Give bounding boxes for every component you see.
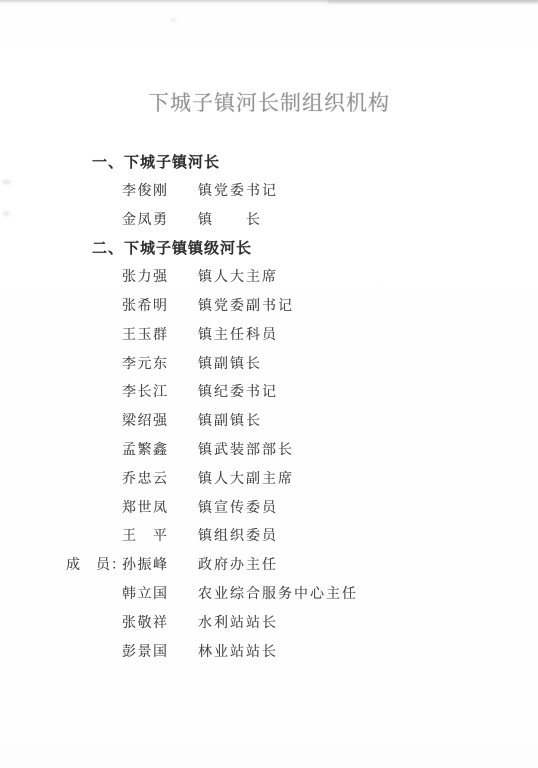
section-heading-2: 二、下城子镇镇级河长 bbox=[0, 235, 538, 264]
entry-row: 张力强镇人大主席 bbox=[0, 264, 538, 293]
entry-title: 镇人大副主席 bbox=[198, 466, 294, 495]
entry-name: 王玉群 bbox=[122, 322, 169, 351]
entry-name: 张敬祥 bbox=[122, 610, 169, 639]
entry-label: 成 员： bbox=[66, 552, 126, 581]
document-body: 一、下城子镇河长李俊刚镇党委书记金凤勇镇 长二、下城子镇镇级河长张力强镇人大主席… bbox=[0, 149, 538, 667]
entry-name: 李俊刚 bbox=[122, 178, 169, 207]
page-title: 下城子镇河长制组织机构 bbox=[0, 90, 538, 118]
scan-edge-artifact-right bbox=[328, 0, 538, 3]
entry-title: 水利站站长 bbox=[198, 610, 278, 639]
entry-row: 乔忠云镇人大副主席 bbox=[0, 466, 538, 495]
entry-title: 镇宣传委员 bbox=[198, 495, 278, 524]
entry-row: 李元东镇副镇长 bbox=[0, 351, 538, 380]
entry-title: 镇人大主席 bbox=[198, 264, 278, 293]
entry-name: 金凤勇 bbox=[122, 207, 169, 236]
section-heading-1: 一、下城子镇河长 bbox=[0, 149, 538, 178]
entry-title: 镇主任科员 bbox=[198, 322, 278, 351]
entry-title: 镇纪委书记 bbox=[198, 379, 278, 408]
entry-row: 李长江镇纪委书记 bbox=[0, 379, 538, 408]
entry-name: 张力强 bbox=[122, 264, 169, 293]
entry-name: 王 平 bbox=[122, 523, 169, 552]
entry-title: 镇党委副书记 bbox=[198, 293, 294, 322]
entry-row: 李俊刚镇党委书记 bbox=[0, 178, 538, 207]
entry-name: 韩立国 bbox=[122, 581, 169, 610]
entry-row: 王 平镇组织委员 bbox=[0, 523, 538, 552]
entry-row: 张希明镇党委副书记 bbox=[0, 293, 538, 322]
document-page: 下城子镇河长制组织机构 一、下城子镇河长李俊刚镇党委书记金凤勇镇 长二、下城子镇… bbox=[0, 0, 538, 768]
entry-title: 镇副镇长 bbox=[198, 408, 262, 437]
entry-row: 孟繁鑫镇武装部部长 bbox=[0, 437, 538, 466]
entry-title: 镇 长 bbox=[198, 207, 262, 236]
entry-name: 孙振峰 bbox=[122, 552, 169, 581]
entry-row: 王玉群镇主任科员 bbox=[0, 322, 538, 351]
entry-name: 郑世凤 bbox=[122, 495, 169, 524]
scan-edge-artifact bbox=[0, 0, 538, 5]
entry-name: 乔忠云 bbox=[122, 466, 169, 495]
entry-row: 梁绍强镇副镇长 bbox=[0, 408, 538, 437]
entry-row: 彭景国林业站站长 bbox=[0, 639, 538, 668]
entry-name: 孟繁鑫 bbox=[122, 437, 169, 466]
entry-title: 林业站站长 bbox=[198, 639, 278, 668]
entry-row: 韩立国农业综合服务中心主任 bbox=[0, 581, 538, 610]
entry-name: 梁绍强 bbox=[122, 408, 169, 437]
entry-row: 成 员：孙振峰政府办主任 bbox=[0, 552, 538, 581]
entry-title: 镇副镇长 bbox=[198, 351, 262, 380]
entry-title: 镇武装部部长 bbox=[198, 437, 294, 466]
entry-name: 李长江 bbox=[122, 379, 169, 408]
entry-row: 金凤勇镇 长 bbox=[0, 207, 538, 236]
scan-smudge bbox=[170, 18, 176, 22]
entry-title: 政府办主任 bbox=[198, 552, 278, 581]
entry-name: 李元东 bbox=[122, 351, 169, 380]
entry-name: 张希明 bbox=[122, 293, 169, 322]
entry-row: 张敬祥水利站站长 bbox=[0, 610, 538, 639]
entry-name: 彭景国 bbox=[122, 639, 169, 668]
entry-title: 镇组织委员 bbox=[198, 523, 278, 552]
entry-title: 镇党委书记 bbox=[198, 178, 278, 207]
entry-row: 郑世凤镇宣传委员 bbox=[0, 495, 538, 524]
entry-title: 农业综合服务中心主任 bbox=[198, 581, 358, 610]
